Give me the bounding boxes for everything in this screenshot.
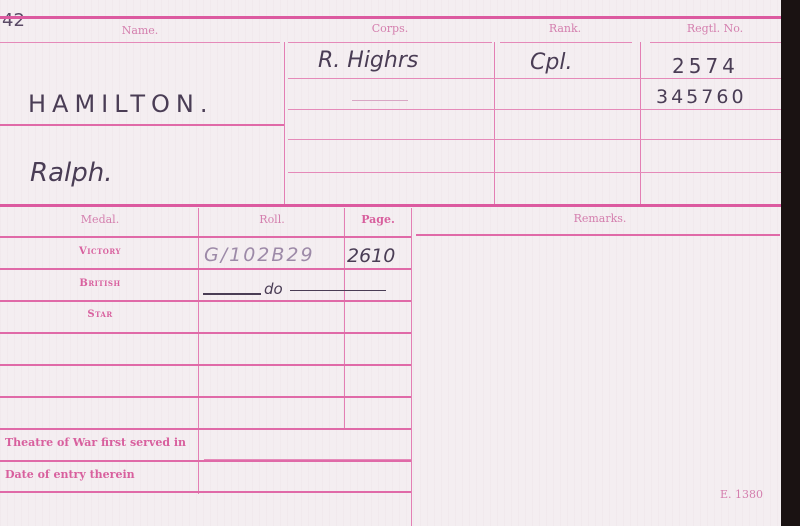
victory-roll: G/102B29 <box>204 244 315 266</box>
surname: HAMILTON. <box>28 90 213 118</box>
row-rule-1 <box>288 78 781 79</box>
medal-index-card: 42 Name. Corps. Rank. Regtl. No. HAMILTO… <box>0 0 781 526</box>
medal-row-rule-1 <box>0 268 411 270</box>
roll-page-divider <box>344 208 345 428</box>
roll-header: Roll. <box>232 213 312 226</box>
date-rule <box>0 491 411 493</box>
regtl-no-header: Regtl. No. <box>665 22 765 35</box>
medal-row-rule-3 <box>0 332 411 334</box>
name-corps-divider <box>284 42 285 204</box>
card-number: 42 <box>2 10 25 31</box>
medal-victory: Victory <box>50 246 150 257</box>
row-rule-2 <box>288 109 781 110</box>
medal-row-rule-2 <box>0 300 411 302</box>
british-roll-ditto: do <box>264 280 283 298</box>
corps-underline <box>352 100 408 101</box>
victory-page: 2610 <box>347 245 395 267</box>
corps-header-rule <box>288 42 492 43</box>
name-header: Name. <box>100 24 180 37</box>
corps-header: Corps. <box>350 22 430 35</box>
date-label: Date of entry therein <box>5 468 135 481</box>
section-divider <box>0 204 781 207</box>
regtl-number-2: 345760 <box>656 86 747 108</box>
british-ditto-line-left <box>203 293 261 295</box>
corps-rank-divider <box>494 42 495 204</box>
forename: Ralph. <box>30 158 112 188</box>
surname-rule <box>0 124 284 126</box>
row-rule-3 <box>288 139 781 140</box>
medal-row-rule-5 <box>0 396 411 398</box>
theatre-label: Theatre of War first served in <box>5 436 186 449</box>
medal-header-rule <box>0 236 411 238</box>
page-remarks-divider <box>411 208 412 526</box>
medal-row-rule-6 <box>0 428 411 430</box>
medal-roll-divider <box>198 208 199 494</box>
rank-header: Rank. <box>525 22 605 35</box>
top-rule <box>0 16 781 19</box>
name-header-rule <box>0 42 280 43</box>
remarks-header: Remarks. <box>550 212 650 225</box>
medal-star: Star <box>50 309 150 320</box>
medal-row-rule-4 <box>0 364 411 366</box>
regtl-header-rule <box>650 42 781 43</box>
form-code: E. 1380 <box>720 488 763 501</box>
corps-value: R. Highrs <box>318 48 418 73</box>
rank-value: Cpl. <box>530 50 572 75</box>
row-rule-4 <box>288 172 781 173</box>
regtl-number-1: 2574 <box>672 54 739 78</box>
british-ditto-line-right <box>290 290 386 291</box>
medal-header: Medal. <box>60 213 140 226</box>
rank-header-rule <box>500 42 632 43</box>
rank-regtl-divider <box>640 42 641 204</box>
theatre-rule <box>0 460 411 462</box>
remarks-header-rule <box>416 234 780 236</box>
medal-british: British <box>50 278 150 289</box>
page-header: Page. <box>348 213 408 226</box>
theatre-value-rule <box>204 459 411 460</box>
